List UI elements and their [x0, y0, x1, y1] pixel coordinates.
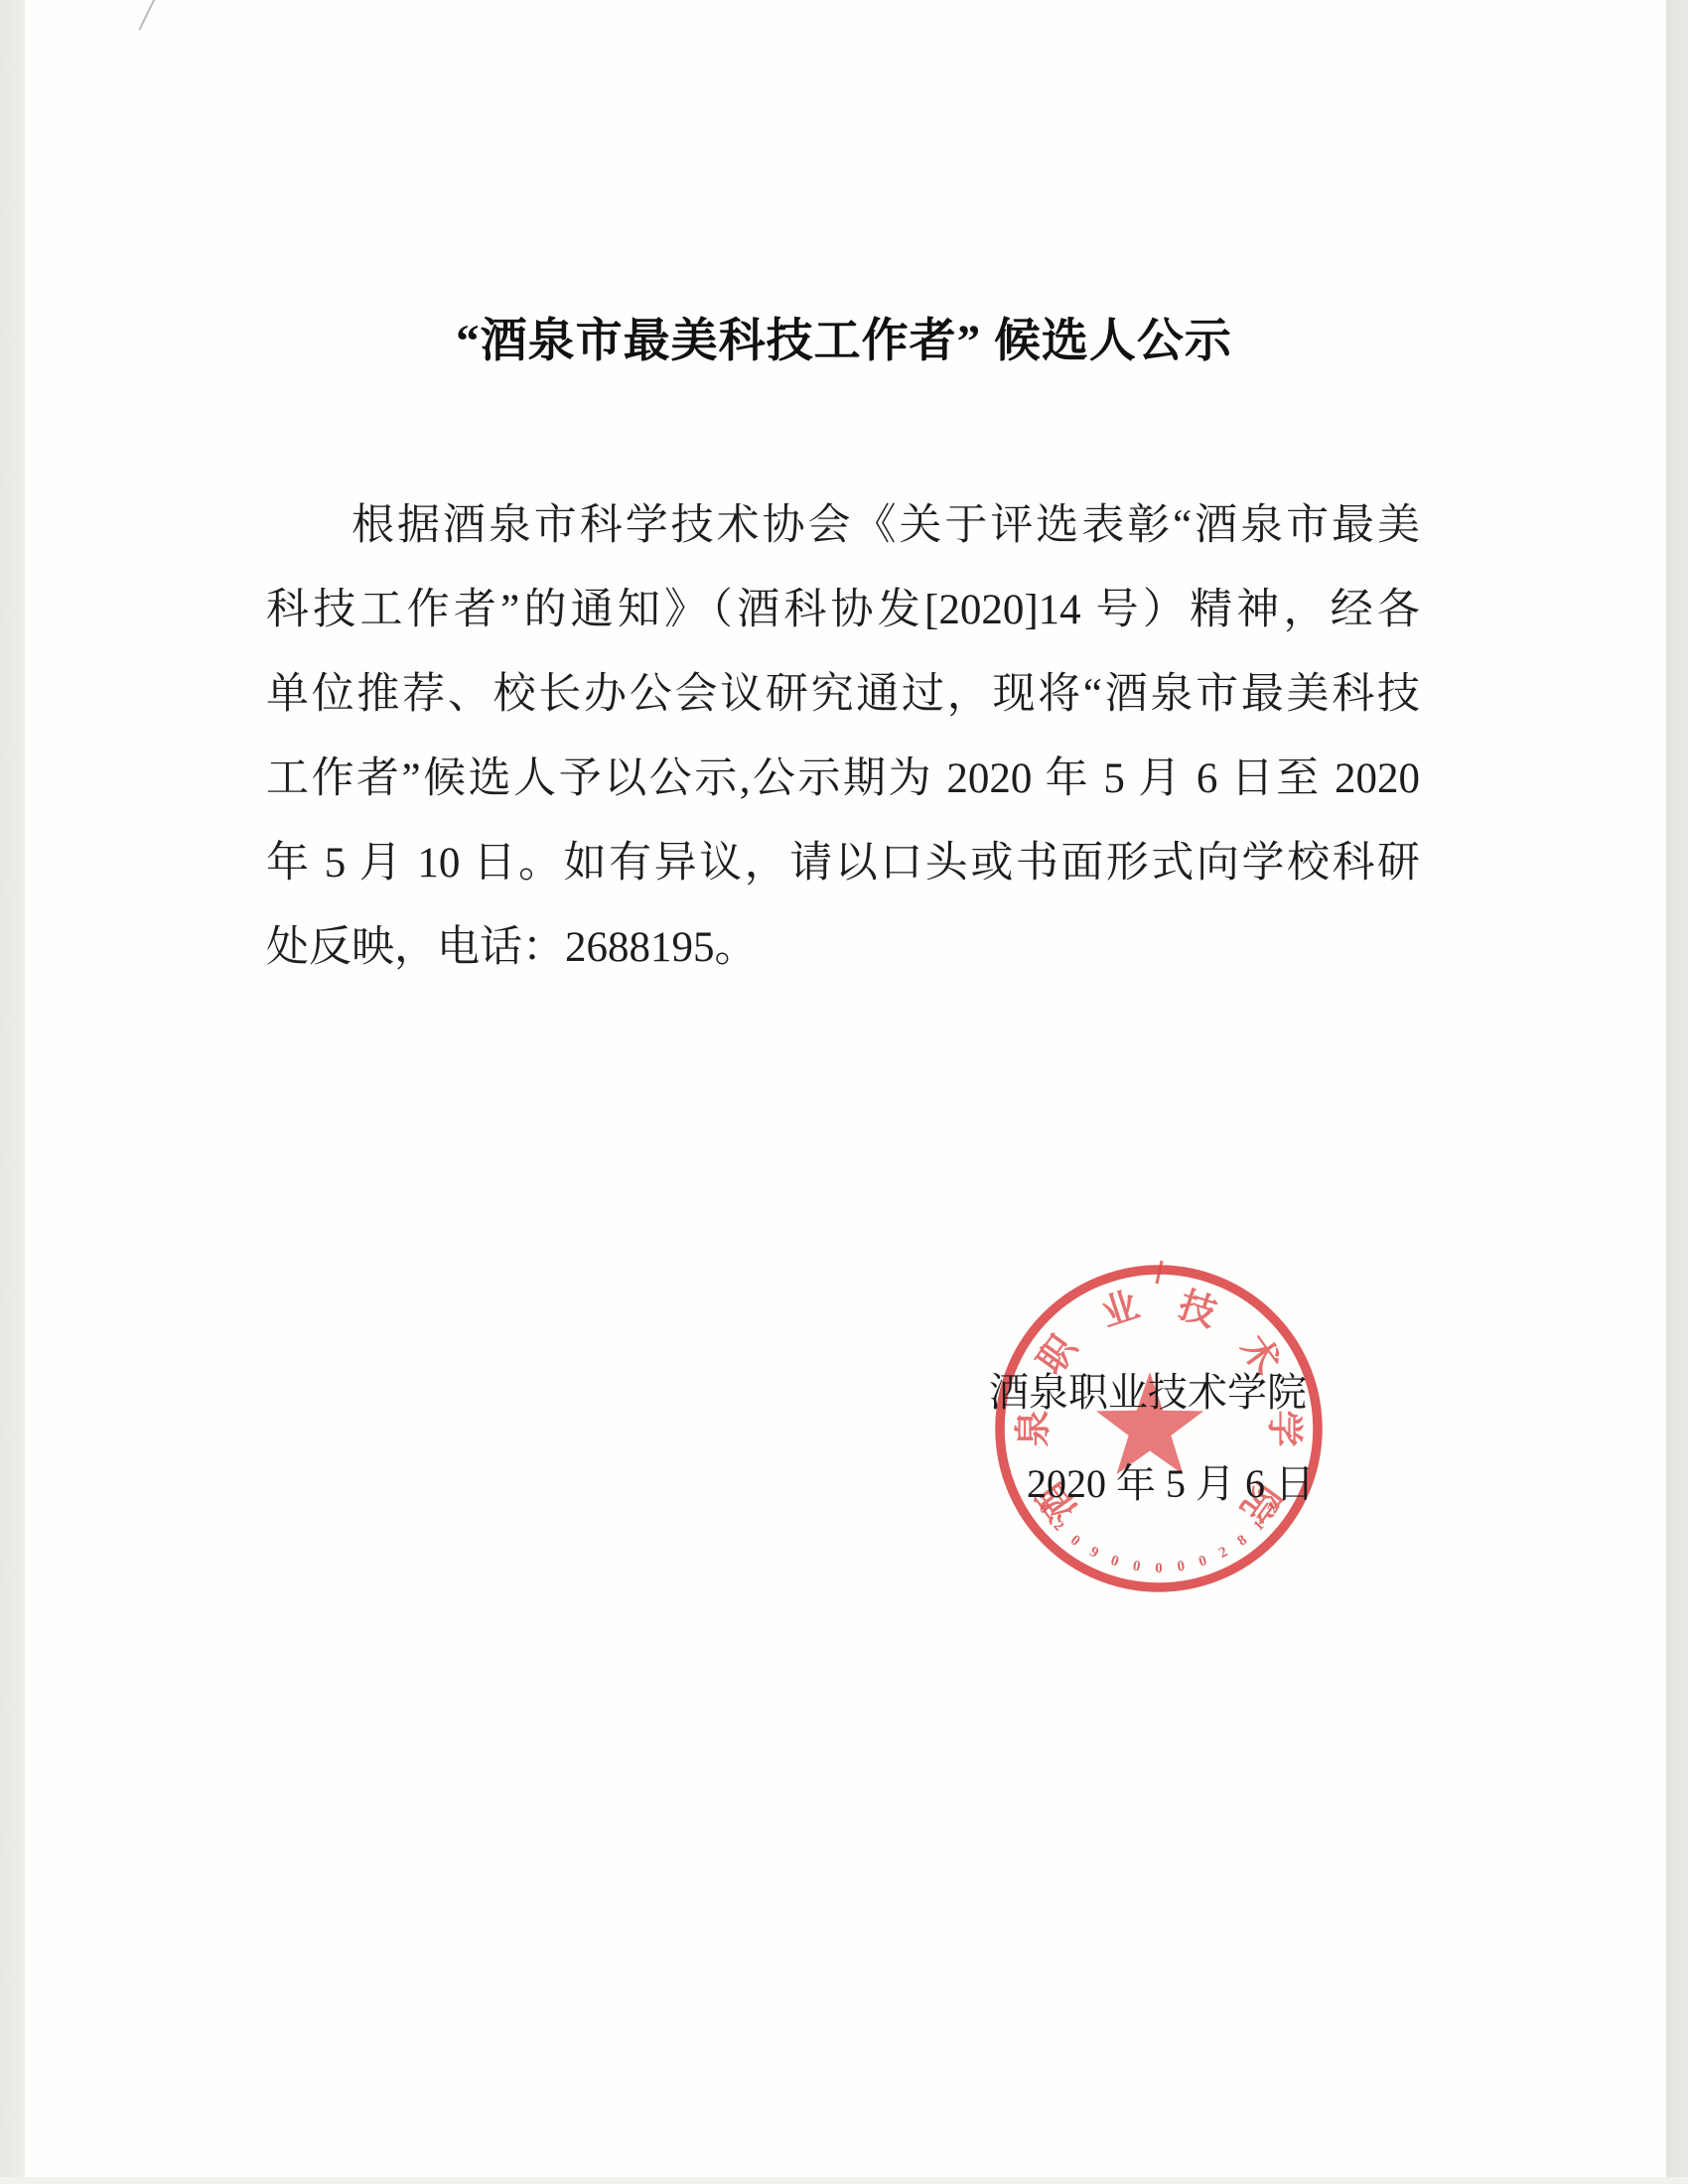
- seal-ring-char: 技: [1174, 1285, 1221, 1335]
- seal-serial-digit: 0: [1067, 1532, 1083, 1549]
- seal-serial-digit: 0: [1109, 1553, 1121, 1570]
- scanned-notice-page: “酒泉市最美科技工作者” 候选人公示 根据酒泉市科学技术协会《关于评选表彰“酒泉…: [0, 0, 1688, 2184]
- seal-serial-digit: 0: [1196, 1553, 1208, 1570]
- scan-scratch-artifact: [138, 0, 156, 31]
- seal-serial-digit: 0: [1132, 1559, 1142, 1575]
- body-line: 处反映，电话：2688195。: [266, 905, 1420, 990]
- seal-serial-digit: 9: [1087, 1544, 1101, 1562]
- seal-serial-digit: 2: [1216, 1544, 1230, 1562]
- body-line: 单位推荐、校长办公会议研究通过，现将“酒泉市最美科技: [266, 652, 1420, 737]
- body-line: 工作者”候选人予以公示,公示期为 2020 年 5 月 6 日至 2020: [266, 737, 1420, 821]
- seal-ring-char: 学: [1263, 1411, 1305, 1447]
- notice-title: “酒泉市最美科技工作者” 候选人公示: [0, 310, 1688, 373]
- body-line: 根据酒泉市科学技术协会《关于评选表彰“酒泉市最美: [266, 483, 1420, 568]
- seal-ring-char: 泉: [1013, 1411, 1055, 1447]
- body-line: 年 5 月 10 日。如有异议，请以口头或书面形式向学校科研: [266, 821, 1420, 905]
- body-line: 科技工作者”的通知》（酒科协发[2020]14 号）精神，经各: [266, 568, 1420, 652]
- official-seal: 酒 泉 职 业 技 术 学 院 6 2 0 9 0 0 0 0 0 2 8 1 …: [990, 1260, 1328, 1597]
- seal-ring-char: 业: [1096, 1285, 1144, 1334]
- signature-organization: 酒泉职业技术学院: [989, 1370, 1307, 1416]
- seal-serial-digit: 0: [1155, 1561, 1163, 1576]
- seal-serial-digit: 8: [1234, 1532, 1250, 1549]
- notice-body: 根据酒泉市科学技术协会《关于评选表彰“酒泉市最美 科技工作者”的通知》（酒科协发…: [266, 483, 1420, 990]
- seal-serial-digit: 0: [1176, 1559, 1186, 1575]
- signature-date: 2020 年 5 月 6 日: [1027, 1461, 1287, 1507]
- scan-edge-bottom: [0, 2177, 1688, 2184]
